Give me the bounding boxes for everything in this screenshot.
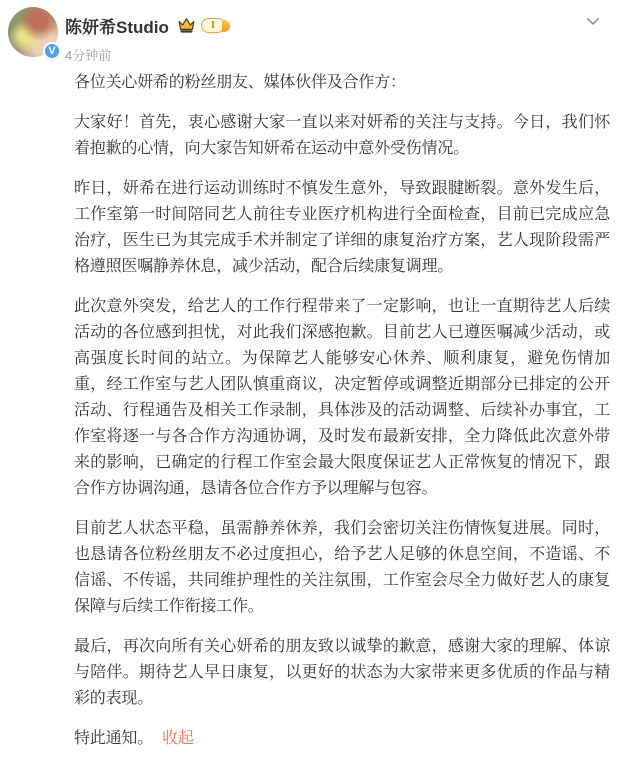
user-info: 陈妍希Studio I 4分钟前 <box>65 7 608 64</box>
closing-text: 特此通知。 <box>74 730 153 747</box>
verified-badge-icon: V <box>43 42 61 60</box>
weibo-post: V 陈妍希Studio I 4分钟前 各位关心妍希的粉丝朋友、媒体伙伴及合 <box>0 0 618 770</box>
post-paragraph: 大家好！首先，衷心感谢大家一直以来对妍希的关注与支持。今日，我们怀着抱歉的心情，… <box>74 110 610 162</box>
chevron-down-icon[interactable] <box>582 10 604 32</box>
post-header: V 陈妍希Studio I 4分钟前 <box>0 0 618 62</box>
post-closing-line: 特此通知。收起 <box>74 726 610 752</box>
vip-level-badge[interactable]: I <box>201 18 225 33</box>
post-body: 各位关心妍希的粉丝朋友、媒体伙伴及合作方： 大家好！首先，衷心感谢大家一直以来对… <box>0 62 618 770</box>
post-paragraph: 各位关心妍希的粉丝朋友、媒体伙伴及合作方： <box>74 70 610 96</box>
timestamp: 4分钟前 <box>65 45 608 64</box>
post-paragraph: 目前艺人状态平稳，虽需静养休养，我们会密切关注伤情恢复进展。同时，也恳请各位粉丝… <box>74 516 610 620</box>
post-paragraph: 昨日，妍希在进行运动训练时不慎发生意外，导致跟腱断裂。意外发生后，工作室第一时间… <box>74 176 610 280</box>
collapse-link[interactable]: 收起 <box>162 730 194 747</box>
vip-crown-icon <box>177 17 196 34</box>
username[interactable]: 陈妍希Studio <box>65 13 169 38</box>
post-paragraph: 此次意外突发，给艺人的工作行程带来了一定影响，也让一直期待艺人后续活动的各位感到… <box>74 294 610 502</box>
avatar[interactable]: V <box>8 7 58 57</box>
post-paragraph: 最后，再次向所有关心妍希的朋友致以诚挚的歉意，感谢大家的理解、体谅与陪伴。期待艺… <box>74 634 610 712</box>
